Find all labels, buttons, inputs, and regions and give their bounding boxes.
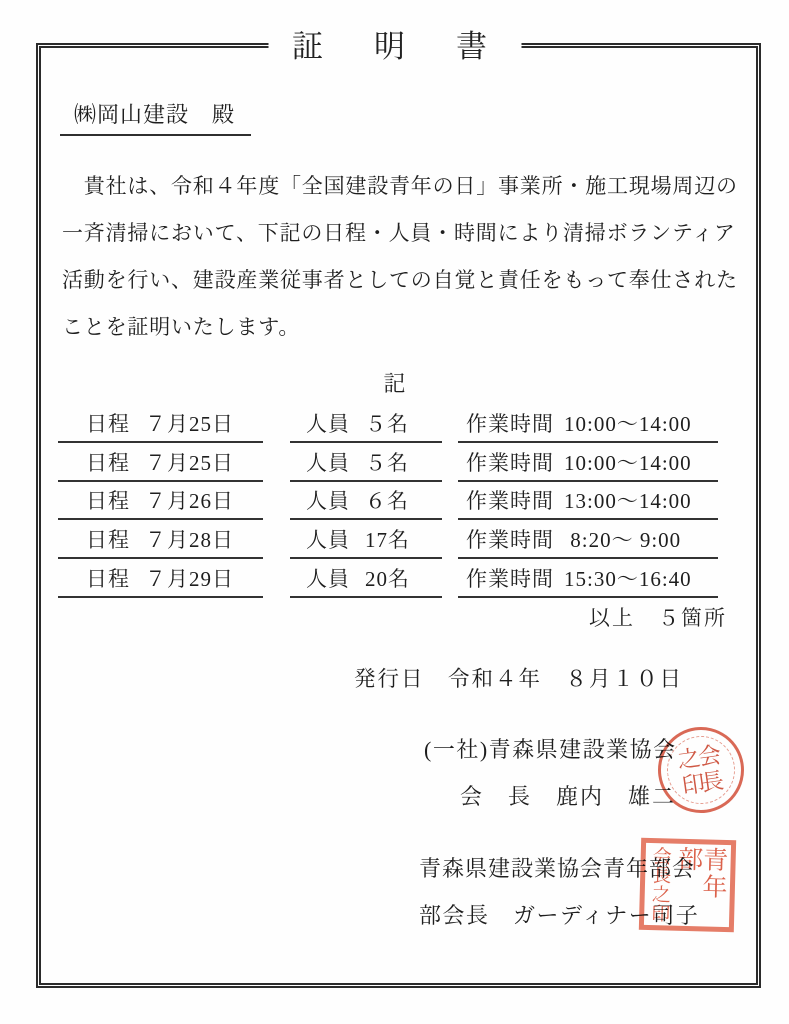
date-label: 日程 <box>86 447 130 477</box>
seal-column-right: 青年部 <box>674 846 726 925</box>
headcount-label: 人員 <box>306 563 350 593</box>
headcount-cell: 人員 ５名 <box>290 447 442 482</box>
youth-chair-square-seal: 青年部 会長之印 <box>639 838 736 932</box>
date-value: ７月26日 <box>145 485 234 515</box>
headcount-cell: 人員 ６名 <box>290 485 442 520</box>
record-heading: 記 <box>0 367 789 398</box>
date-cell: 日程 ７月29日 <box>58 563 263 598</box>
date-cell: 日程 ７月25日 <box>58 447 263 482</box>
headcount-label: 人員 <box>306 408 350 438</box>
headcount-value: ５名 <box>365 408 409 438</box>
date-value: ７月28日 <box>145 524 234 554</box>
time-value: 10:00～14:00 <box>564 447 692 477</box>
certificate-page: 証 明 書 ㈱岡山建設 殿 貴社は、令和４年度「全国建設青年の日」事業所・施工現… <box>0 0 789 1024</box>
schedule-table: 日程 ７月25日 人員 ５名 作業時間 10:00～14:00 日程 ７月25日… <box>58 404 718 598</box>
schedule-row: 日程 ７月25日 人員 ５名 作業時間 10:00～14:00 <box>58 443 718 482</box>
certificate-title: 証 明 書 <box>268 21 521 66</box>
headcount-value: 17名 <box>365 524 410 554</box>
headcount-cell: 人員 17名 <box>290 524 442 559</box>
date-cell: 日程 ７月25日 <box>58 408 263 443</box>
issuer-organization: (一社)青森県建設業協会 <box>424 733 677 764</box>
body-line: 貴社は、令和４年度「全国建設青年の日」事業所・施工現場周辺の <box>62 163 734 210</box>
schedule-row: 日程 ７月25日 人員 ５名 作業時間 10:00～14:00 <box>58 404 718 443</box>
date-value: ７月29日 <box>145 563 234 593</box>
time-cell: 作業時間 8:20～ 9:00 <box>458 524 718 559</box>
date-label: 日程 <box>86 563 130 593</box>
time-label: 作業時間 <box>466 563 554 593</box>
issuer-president-name: 会 長 鹿内 雄二 <box>460 780 676 811</box>
body-line: 活動を行い、建設産業従事者としての自覚と責任をもって奉仕された <box>62 257 734 304</box>
seal-character: 之 <box>676 746 702 772</box>
body-line: ことを証明いたします。 <box>62 304 734 351</box>
time-label: 作業時間 <box>466 485 554 515</box>
time-cell: 作業時間 10:00～14:00 <box>458 447 718 482</box>
time-value: 15:30～16:40 <box>564 563 692 593</box>
schedule-row: 日程 ７月26日 人員 ６名 作業時間 13:00～14:00 <box>58 482 718 521</box>
time-cell: 作業時間 10:00～14:00 <box>458 408 718 443</box>
seal-character: 印 <box>680 772 706 798</box>
time-value: 10:00～14:00 <box>564 408 692 438</box>
date-label: 日程 <box>86 485 130 515</box>
headcount-value: ６名 <box>365 485 409 515</box>
headcount-value: 20名 <box>365 563 410 593</box>
total-note: 以上 ５箇所 <box>589 602 727 632</box>
schedule-row: 日程 ７月28日 人員 17名 作業時間 8:20～ 9:00 <box>58 520 718 559</box>
schedule-row: 日程 ７月29日 人員 20名 作業時間 15:30～16:40 <box>58 559 718 598</box>
headcount-label: 人員 <box>306 447 350 477</box>
time-label: 作業時間 <box>466 408 554 438</box>
date-label: 日程 <box>86 408 130 438</box>
time-label: 作業時間 <box>466 524 554 554</box>
headcount-cell: 人員 20名 <box>290 563 442 598</box>
seal-column-left: 会長之印 <box>649 846 670 922</box>
headcount-label: 人員 <box>306 524 350 554</box>
date-value: ７月25日 <box>145 408 234 438</box>
date-value: ７月25日 <box>145 447 234 477</box>
body-line: 一斉清掃において、下記の日程・人員・時間により清掃ボランティア <box>62 210 734 257</box>
time-value: 8:20～ 9:00 <box>564 524 681 554</box>
time-cell: 作業時間 13:00～14:00 <box>458 485 718 520</box>
time-label: 作業時間 <box>466 447 554 477</box>
date-cell: 日程 ７月28日 <box>58 524 263 559</box>
time-value: 13:00～14:00 <box>564 485 692 515</box>
addressee-line: ㈱岡山建設 殿 <box>60 98 251 136</box>
date-cell: 日程 ７月26日 <box>58 485 263 520</box>
headcount-value: ５名 <box>365 447 409 477</box>
body-paragraph: 貴社は、令和４年度「全国建設青年の日」事業所・施工現場周辺の 一斉清掃において、… <box>62 163 734 351</box>
issue-date-line: 発行日 令和４年 ８月１０日 <box>354 662 683 693</box>
date-label: 日程 <box>86 524 130 554</box>
headcount-cell: 人員 ５名 <box>290 408 442 443</box>
headcount-label: 人員 <box>306 485 350 515</box>
time-cell: 作業時間 15:30～16:40 <box>458 563 718 598</box>
